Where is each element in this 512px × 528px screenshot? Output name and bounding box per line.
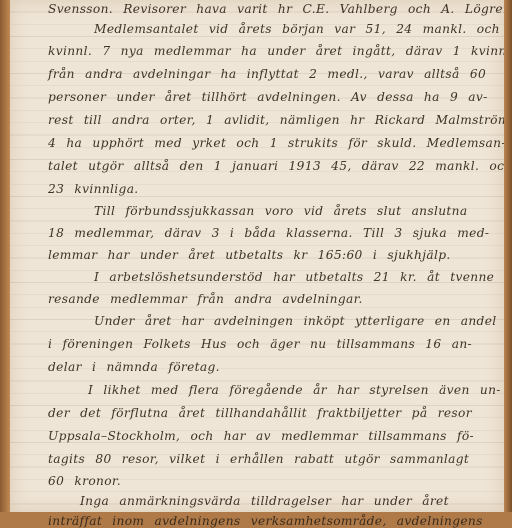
handwritten-line: Uppsala–Stockholm, och har av medlemmar … (48, 429, 474, 443)
handwritten-line: der det förflutna året tillhandahållit f… (48, 406, 472, 420)
handwritten-line: Inga anmärkningsvärda tilldragelser har … (80, 494, 449, 508)
handwritten-line: delar i nämnda företag. (48, 360, 220, 374)
handwritten-line: talet utgör alltså den 1 januari 1913 45… (48, 159, 512, 173)
handwritten-line: från andra avdelningar ha inflyttat 2 me… (48, 67, 486, 81)
handwritten-line: tagits 80 resor, vilket i erhållen rabat… (48, 452, 469, 466)
handwritten-line: 4 ha upphört med yrket och 1 strukits fö… (48, 136, 506, 150)
handwritten-line: I arbetslöshetsunderstöd har utbetalts 2… (94, 270, 494, 284)
handwritten-line: Under året har avdelningen inköpt ytterl… (94, 314, 497, 328)
handwritten-line: 60 kronor. (48, 474, 121, 488)
handwritten-line: Medlemsantalet vid årets början var 51, … (94, 22, 512, 36)
handwritten-line: Till förbundssjukkassan voro vid årets s… (94, 204, 468, 218)
ledger-page: Svensson. Revisorer hava varit hr C.E. V… (10, 0, 504, 512)
handwritten-line: I likhet med flera föregående år har sty… (88, 383, 501, 397)
handwritten-line: Svensson. Revisorer hava varit hr C.E. V… (48, 2, 512, 16)
handwritten-line: rest till andra orter, 1 avlidit, nämlig… (48, 113, 512, 127)
page-right-edge (504, 0, 512, 512)
handwritten-line: i föreningen Folkets Hus och äger nu til… (48, 337, 472, 351)
page-left-edge (0, 0, 10, 512)
handwritten-line: 23 kvinnliga. (48, 182, 139, 196)
handwritten-line: lemmar har under året utbetalts kr 165:6… (48, 248, 451, 262)
handwritten-line: personer under året tillhört avdelningen… (48, 90, 488, 104)
handwritten-line: resande medlemmar från andra avdelningar… (48, 292, 363, 306)
handwritten-line: kvinnl. 7 nya medlemmar ha under året in… (48, 44, 512, 58)
handwritten-line: 18 medlemmar, därav 3 i båda klasserna. … (48, 226, 489, 240)
